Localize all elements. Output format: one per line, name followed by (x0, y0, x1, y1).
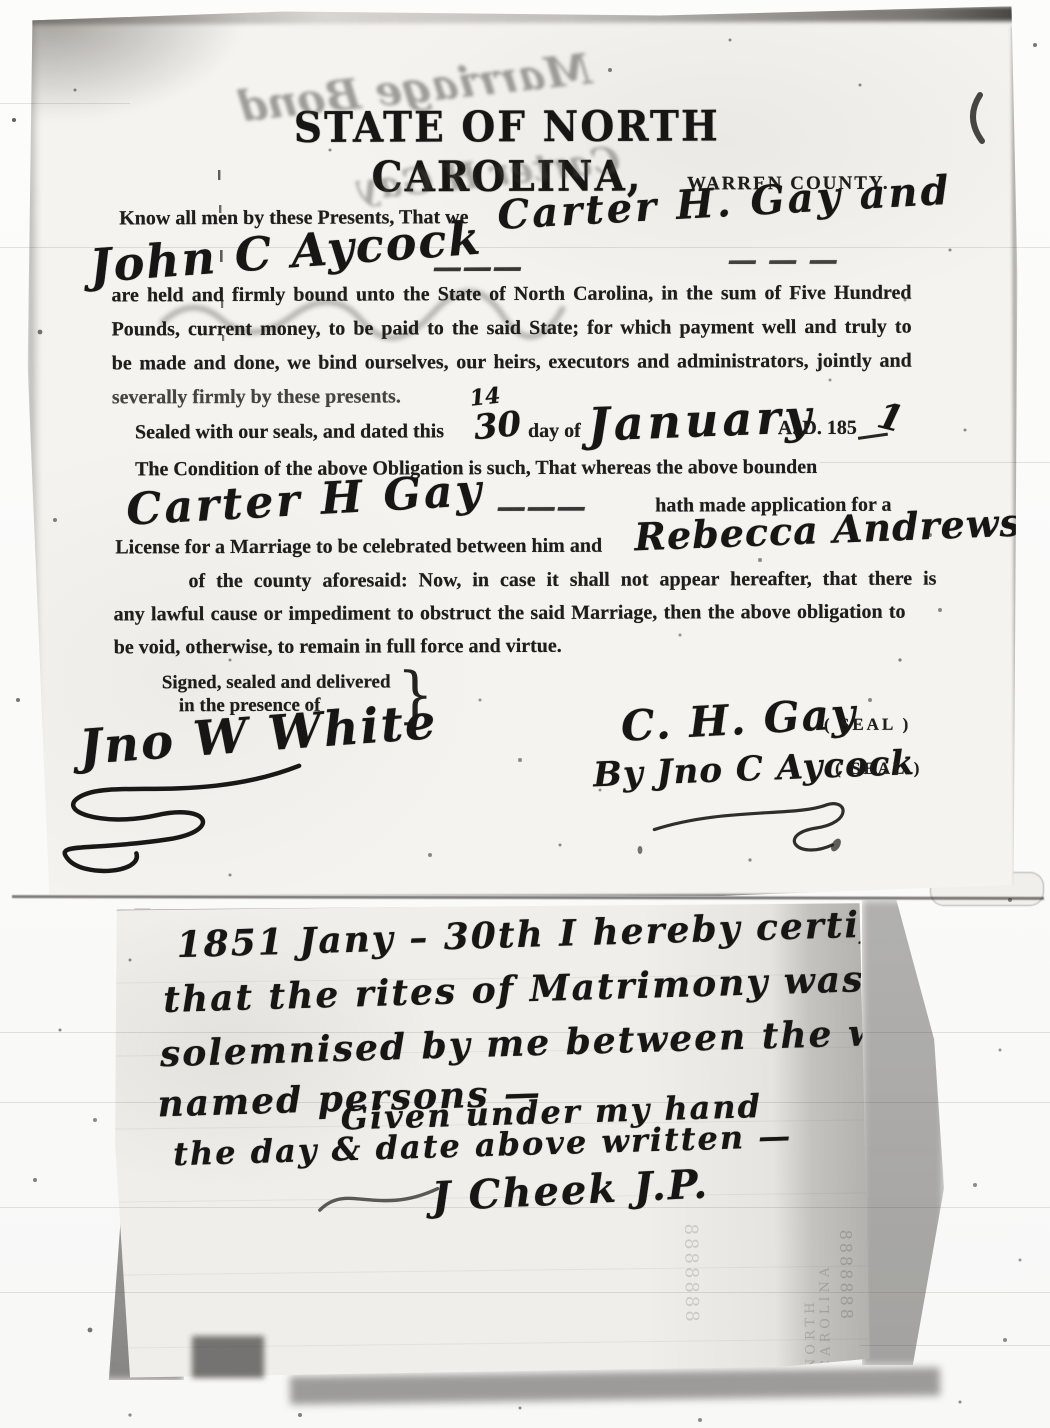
ditto-dash: — — — (727, 243, 838, 278)
principal-signature: C. H. Gay (620, 689, 859, 751)
signature-flourish (644, 795, 874, 871)
condition-line: any lawful cause or impediment to obstru… (114, 601, 906, 627)
bottom-paper-corner-blob (192, 1336, 264, 1378)
scan-line (860, 1345, 1050, 1346)
obligation-line: be made and done, we bind ourselves, our… (112, 350, 912, 376)
signature-leadin-flourish (313, 1177, 444, 1224)
stamp-digit-column: 8888888 (836, 1230, 856, 1322)
marriage-bond-paper: Marriage Bond Carter H Gay STATE OF NORT… (26, 6, 1019, 901)
ditto-dash: ——— (432, 250, 522, 285)
day-handwritten: 30 (472, 404, 523, 448)
scan-line (0, 247, 1050, 248)
obligation-line: severally firmly by these presents. (112, 385, 401, 409)
ditto-dash: ——— (496, 490, 586, 525)
scanned-document-page: Marriage Bond Carter H Gay STATE OF NORT… (0, 0, 1050, 1428)
year-digit-handwritten: 1 (873, 394, 907, 441)
bottom-paper-right-curl-shadow (862, 900, 944, 1365)
condition-line: of the county aforesaid: Now, in case it… (188, 568, 936, 594)
officiant-signature: J Cheek J.P. (431, 1161, 710, 1221)
scan-line (820, 462, 1050, 463)
scan-line (0, 1292, 1050, 1293)
stamp-vertical-text: NORTH CAROLINA (802, 1184, 834, 1370)
marriage-certification-paper: 1851 Jany – 30th I hereby certify that t… (109, 900, 873, 1379)
witness-flourish (44, 751, 314, 892)
dated-era: A. D. 185 (778, 417, 857, 440)
dated-prefix: Sealed with our seals, and dated this (135, 420, 444, 444)
top-paper-bottom-edge (12, 895, 1044, 900)
paper-left-edge (26, 10, 42, 902)
dated-middle: day of (528, 420, 581, 443)
license-line: License for a Marriage to be celebrated … (115, 535, 602, 560)
scan-line (0, 103, 130, 104)
attestation-line: Signed, sealed and delivered (162, 671, 391, 694)
seal-label: ( SEAL ) (835, 759, 922, 779)
condition-line: be void, otherwise, to remain in full fo… (114, 635, 562, 660)
scan-line (0, 1102, 1050, 1103)
scan-line (0, 1207, 1050, 1208)
obligation-line: Pounds, current money, to be paid to the… (112, 316, 912, 342)
stamp-digit-column: 8888888 (680, 1223, 702, 1324)
obligation-line: are held and firmly bound unto the State… (111, 282, 911, 308)
scan-line (0, 1032, 1050, 1033)
seal-label: ( SEAL ) (824, 715, 911, 735)
